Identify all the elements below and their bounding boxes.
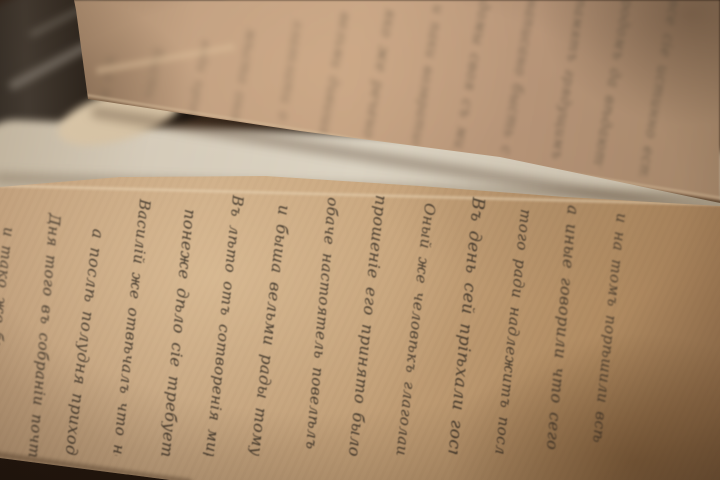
photo-of-manuscripts: и тако же было ему сказано при семъ дѣлѣ…	[0, 0, 720, 480]
